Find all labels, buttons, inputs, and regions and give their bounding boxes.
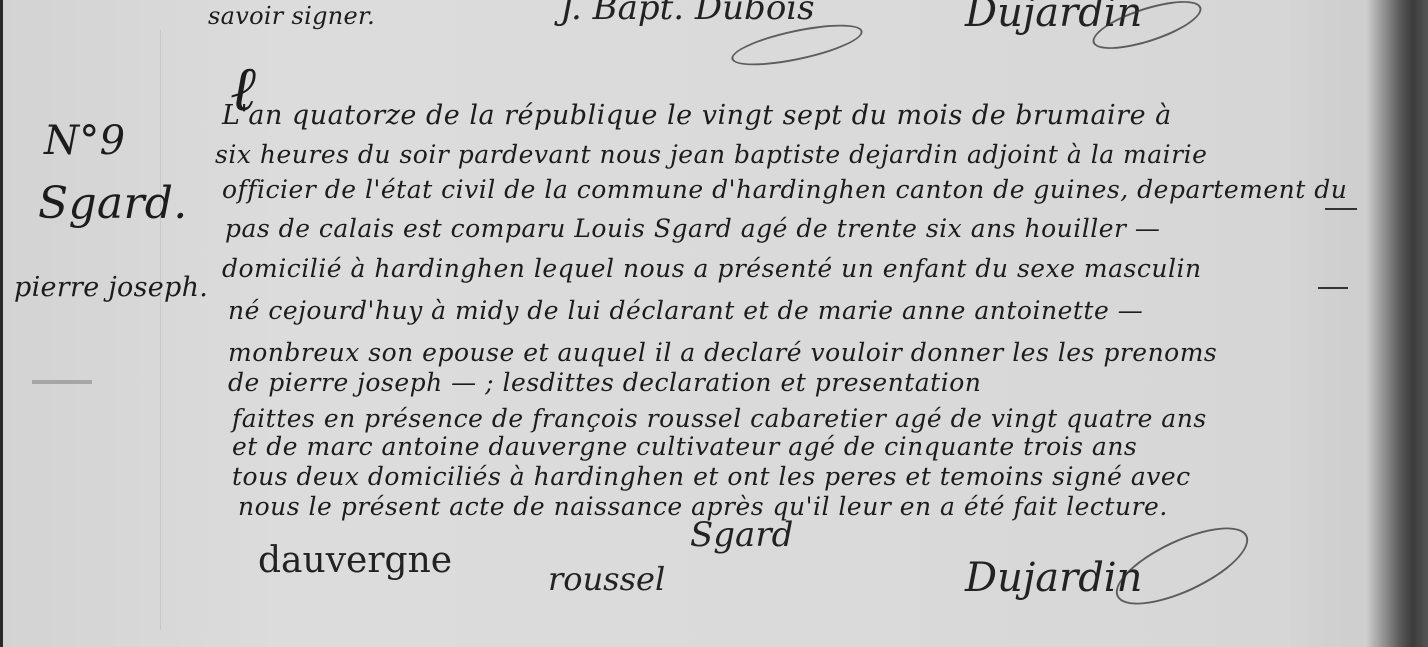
- body-line: officier de l'état civil de la commune d…: [222, 175, 1347, 204]
- body-line: monbreux son epouse et auquel il a decla…: [228, 338, 1217, 367]
- body-line: tous deux domiciliés à hardinghen et ont…: [232, 462, 1191, 491]
- body-line: domicilié à hardinghen lequel nous a pré…: [222, 254, 1202, 283]
- signature-witness-dauvergne: dauvergne: [258, 540, 452, 581]
- signature-top-1: J. Bapt. Dubois: [560, 0, 815, 28]
- margin-given-names: pierre joseph.: [14, 272, 208, 303]
- line-filler-dash: [1325, 208, 1357, 210]
- body-line: pas de calais est comparu Louis Sgard ag…: [225, 214, 1160, 243]
- signature-father-sgard: Sgard: [690, 515, 793, 555]
- page-edge: [0, 0, 3, 647]
- margin-rule: [160, 30, 161, 630]
- body-line: né cejourd'huy à midy de lui déclarant e…: [228, 296, 1143, 325]
- body-line: six heures du soir pardevant nous jean b…: [215, 140, 1207, 169]
- document-scan: savoir signer. J. Bapt. Dubois Dujardin …: [0, 0, 1428, 647]
- signature-witness-roussel: roussel: [548, 560, 665, 598]
- body-line: de pierre joseph — ; lesdittes declarati…: [228, 368, 981, 397]
- body-line: faittes en présence de françois roussel …: [232, 404, 1207, 433]
- body-line: et de marc antoine dauvergne cultivateur…: [232, 432, 1137, 461]
- margin-surname: Sgard.: [38, 178, 188, 229]
- faint-ink-mark: [32, 380, 92, 384]
- line-filler-dash: [1318, 287, 1348, 289]
- previous-act-ending: savoir signer.: [208, 2, 375, 30]
- page-binding-gutter: [1366, 0, 1428, 647]
- body-line: L'an quatorze de la république le vingt …: [222, 100, 1172, 131]
- act-number: N°9: [44, 118, 125, 164]
